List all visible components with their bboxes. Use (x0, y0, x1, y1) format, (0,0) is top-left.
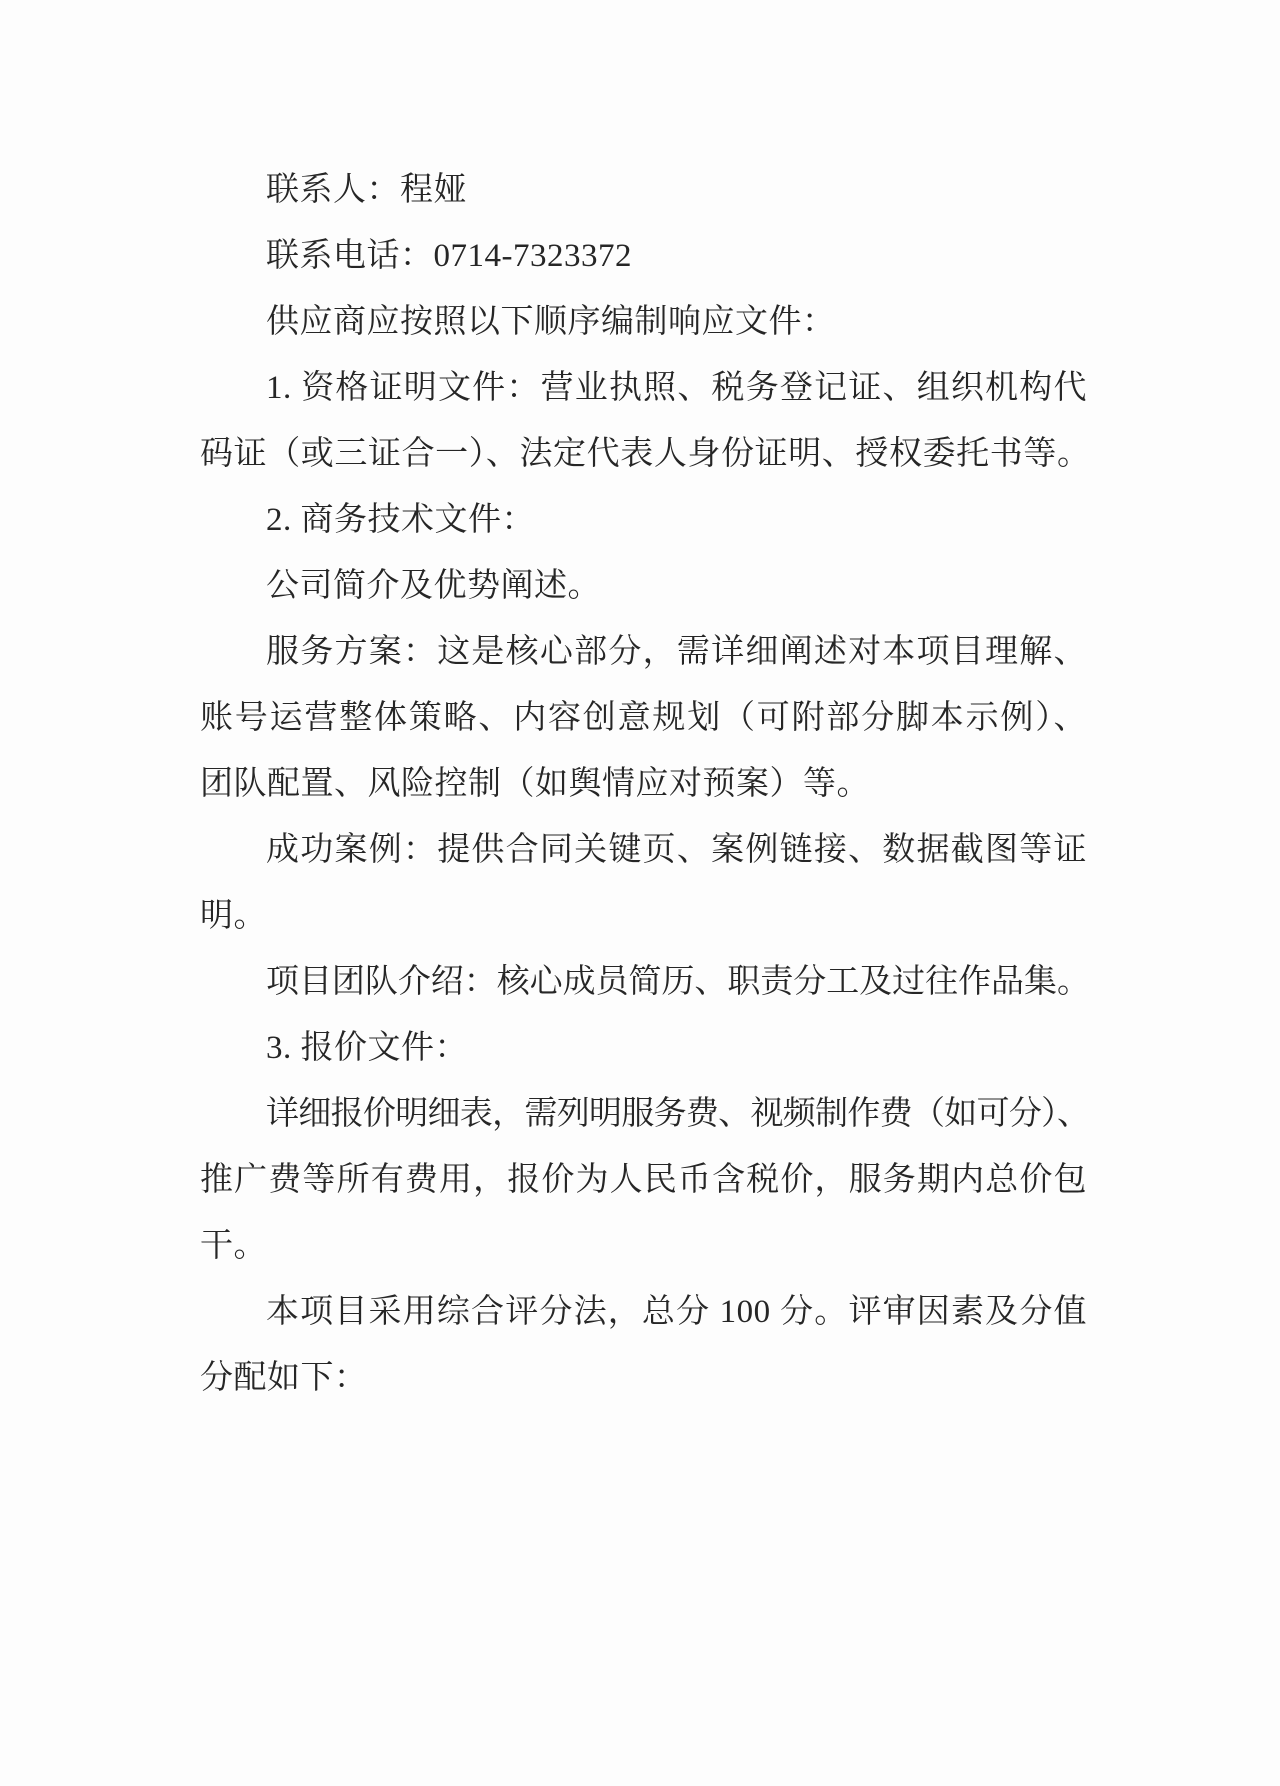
document-page: 联系人：程娅联系电话：0714-7323372供应商应按照以下顺序编制响应文件：… (0, 0, 1280, 1786)
text-line: 联系电话：0714-7323372 (200, 223, 1087, 289)
text-line: 推广费等所有费用，报价为人民币含税价，服务期内总价包 (200, 1147, 1087, 1213)
text-line: 公司简介及优势阐述。 (200, 553, 1087, 619)
text-line: 详细报价明细表，需列明服务费、视频制作费（如可分）、 (200, 1081, 1087, 1147)
text-line: 3. 报价文件： (200, 1015, 1087, 1081)
text-line: 干。 (200, 1213, 1087, 1279)
text-line: 2. 商务技术文件： (200, 487, 1087, 553)
text-line: 供应商应按照以下顺序编制响应文件： (200, 289, 1087, 355)
text-line: 账号运营整体策略、内容创意规划（可附部分脚本示例）、 (200, 685, 1087, 751)
text-line: 项目团队介绍：核心成员简历、职责分工及过往作品集。 (200, 949, 1087, 1015)
text-line: 成功案例：提供合同关键页、案例链接、数据截图等证 (200, 817, 1087, 883)
text-line: 分配如下： (200, 1345, 1087, 1411)
text-line: 本项目采用综合评分法，总分 100 分。评审因素及分值 (200, 1279, 1087, 1345)
text-line: 服务方案：这是核心部分，需详细阐述对本项目理解、 (200, 619, 1087, 685)
document-text-block: 联系人：程娅联系电话：0714-7323372供应商应按照以下顺序编制响应文件：… (200, 157, 1087, 1411)
text-line: 码证（或三证合一）、法定代表人身份证明、授权委托书等。 (200, 421, 1087, 487)
text-line: 联系人：程娅 (200, 157, 1087, 223)
text-line: 明。 (200, 883, 1087, 949)
text-line: 1. 资格证明文件：营业执照、税务登记证、组织机构代 (200, 355, 1087, 421)
text-line: 团队配置、风险控制（如舆情应对预案）等。 (200, 751, 1087, 817)
